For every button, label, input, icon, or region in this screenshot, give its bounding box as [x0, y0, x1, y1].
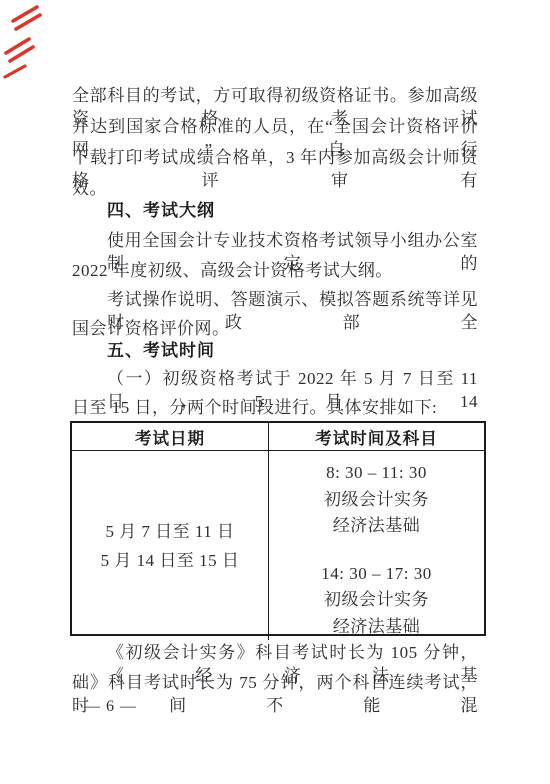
paragraph4-line2: 日至 15 日，分两个时间段进行。具体安排如下: — [72, 396, 478, 420]
morning-session: 8: 30 – 11: 30 初级会计实务 经济法基础 — [324, 460, 429, 540]
exam-date-range-1: 5 月 7 日至 11 日 — [105, 517, 234, 546]
paragraph4-line1: （一）初级资格考试于 2022 年 5 月 7 日至 11 日，5 月 14 — [107, 367, 478, 391]
paragraph1-line2: 并达到国家合格标准的人员，在“全国会计资格评价网”自行 — [72, 115, 478, 139]
paragraph3-line2: 国会计资格评价网。 — [72, 317, 478, 341]
afternoon-session-time: 14: 30 – 17: 30 — [321, 561, 431, 588]
paragraph5-line2: 础》科目考试时长为 75 分钟，两个科目连续考试，时间不能混 — [72, 671, 478, 695]
page-number: — 6 — — [84, 698, 137, 716]
paragraph5-line1: 《初级会计实务》科目考试时长为 105 分钟，《经济法基 — [107, 641, 478, 665]
paragraph1-line3: 下载打印考试成绩合格单，3 年内参加高级会计师资格评审有 — [72, 146, 478, 170]
paragraph1-line1: 全部科目的考试，方可取得初级资格证书。参加高级资格考试 — [72, 84, 478, 108]
document-page: 全部科目的考试，方可取得初级资格证书。参加高级资格考试 并达到国家合格标准的人员… — [0, 0, 550, 784]
exam-schedule-table: 考试日期 考试时间及科目 5 月 7 日至 11 日 5 月 14 日至 15 … — [70, 421, 486, 636]
morning-session-subject-1: 初级会计实务 — [324, 487, 429, 514]
afternoon-session-subject-1: 初级会计实务 — [321, 587, 431, 614]
afternoon-session: 14: 30 – 17: 30 初级会计实务 经济法基础 — [321, 561, 431, 641]
section-heading-exam-outline: 四、考试大纲 — [107, 199, 478, 223]
table-header-exam-date: 考试日期 — [72, 423, 269, 451]
red-pen-marks-icon — [0, 0, 50, 84]
morning-session-time: 8: 30 – 11: 30 — [324, 460, 429, 487]
table-cell-sessions: 8: 30 – 11: 30 初级会计实务 经济法基础 14: 30 – 17:… — [269, 451, 484, 640]
section-heading-exam-time: 五、考试时间 — [107, 339, 478, 363]
red-stroke — [5, 66, 25, 77]
afternoon-session-subject-2: 经济法基础 — [321, 614, 431, 641]
paragraph3-line1: 考试操作说明、答题演示、模拟答题系统等详见财政部全 — [107, 288, 478, 312]
table-header-time-subject: 考试时间及科目 — [269, 423, 484, 451]
paragraph1-line4: 效。 — [72, 177, 478, 201]
exam-date-range-2: 5 月 14 日至 15 日 — [101, 546, 240, 575]
table-cell-exam-dates: 5 月 7 日至 11 日 5 月 14 日至 15 日 — [72, 451, 269, 640]
paragraph2-line2: 2022 年度初级、高级会计资格考试大纲。 — [72, 259, 478, 283]
morning-session-subject-2: 经济法基础 — [324, 513, 429, 540]
paragraph2-line1: 使用全国会计专业技术资格考试领导小组办公室制定的 — [107, 229, 478, 253]
